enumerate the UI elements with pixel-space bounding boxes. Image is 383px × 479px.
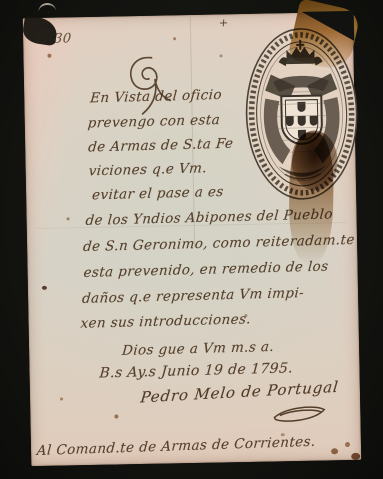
photo-background: 30 + En Vista del oficio prevengo con es… — [0, 0, 383, 479]
manuscript-page: 30 + En Vista del oficio prevengo con es… — [23, 12, 362, 466]
manuscript-line: Dios gue a Vm m.s a. — [121, 339, 274, 359]
foxing-spot — [244, 314, 247, 317]
manuscript-line: daños q.e representa Vm impi- — [81, 285, 304, 307]
manuscript-line: prevengo con esta — [87, 112, 221, 131]
foxing-spot — [67, 217, 70, 220]
manuscript-line: B.s Ay.s Junio 19 de 1795. — [99, 360, 294, 381]
manuscript-line: esta prevenido, en remedio de los — [83, 259, 329, 281]
manuscript-line: En Vista del oficio — [90, 87, 223, 106]
foxing-spot — [281, 433, 285, 436]
torn-corner — [302, 11, 355, 42]
foxing-spot — [173, 37, 176, 40]
manuscript-line: evitar el pase a es — [91, 184, 224, 203]
foxing-spot — [331, 448, 338, 454]
foxing-spot — [42, 286, 47, 290]
torn-flap-shadow — [21, 15, 59, 46]
manuscript-line: de Armas de S.ta Fe — [88, 136, 234, 156]
calligraphic-flourish-icon — [121, 53, 174, 116]
manuscript-line: viciones q.e Vm. — [88, 160, 208, 179]
signature-rubric-icon — [270, 400, 330, 427]
cross-mark: + — [218, 16, 229, 29]
foxing-spot — [114, 414, 118, 418]
address-line: Al Comand.te de Armas de Corrientes. — [36, 434, 316, 459]
foxing-spot — [351, 453, 360, 460]
foxing-spot — [219, 54, 222, 57]
foxing-spot — [345, 442, 350, 447]
manuscript-line: xen sus introducciones. — [80, 311, 252, 331]
foxing-spot — [60, 398, 63, 401]
foxing-spot — [47, 54, 51, 58]
paper-corner-flick — [38, 2, 57, 12]
